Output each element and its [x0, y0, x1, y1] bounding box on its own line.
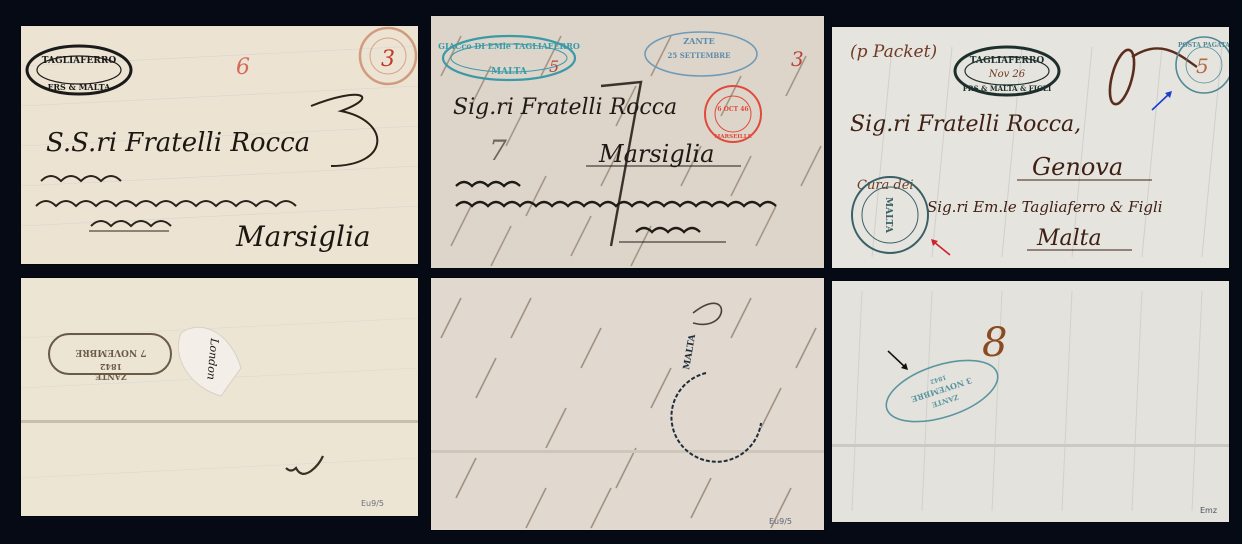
sender-cachet-date: Nov 26: [988, 69, 1026, 80]
destination: Marsiglia: [235, 220, 371, 253]
route-note: (p Packet): [850, 42, 937, 62]
pencil-note: Eu9/5: [361, 499, 384, 508]
address-line1: Sig.ri Fratelli Rocca,: [850, 112, 1081, 137]
back-postmark-text: MALTA: [682, 333, 698, 371]
care-of-place: Malta: [1036, 226, 1102, 251]
postmark-rate: 3: [381, 47, 395, 72]
black-arrow-icon: [888, 351, 908, 370]
care-of-name: Sig.ri Em.le Tagliaferro & Figli: [927, 198, 1163, 216]
letter-1-back: 1842 7 NOVEMBRE ZANTE London Eu9/5: [21, 278, 418, 516]
zante-stamp-line1: ZANTE: [683, 36, 714, 46]
sender-cachet-line2: MALTA: [491, 67, 528, 77]
sender-cachet-line1: TAGLIAFERRO: [42, 56, 117, 66]
circular-stamp-text: MALTA: [883, 197, 893, 234]
letter-1-back-artwork: 1842 7 NOVEMBRE ZANTE London Eu9/5: [21, 278, 418, 516]
pencil-note: Emz: [1200, 506, 1217, 515]
destination: Genova: [1032, 153, 1123, 181]
sender-cachet-line1: TAGLIAFERRO: [970, 56, 1045, 66]
zante-stamp-line2: 25 SETTEMBRE: [668, 51, 731, 60]
sender-cachet-line2: FRS & MALTA & FIGLI: [963, 84, 1051, 93]
letter-1-front: TAGLIAFERRO FRS & MALTA 6 3 S.S.ri Frate…: [21, 26, 418, 264]
address-line1: Sig.ri Fratelli Rocca: [453, 95, 677, 120]
posta-pagata-text: POSTA PAGATA: [1178, 42, 1229, 49]
letter-2-back-artwork: MALTA Eu9/5: [431, 278, 824, 530]
red-postmark-date: 6 OCT 46: [717, 106, 748, 113]
sender-cachet-line1: GIACco DI EMle TAGLIAFERRO: [438, 41, 580, 51]
letter-3-back: ZANTE 3 NOVEMBRE 1842 8 Emz: [832, 281, 1229, 522]
zante-stamp-line1: ZANTE: [95, 372, 126, 382]
letter-1-front-artwork: TAGLIAFERRO FRS & MALTA 6 3 S.S.ri Frate…: [21, 26, 418, 264]
red-rate-mark: 6: [236, 55, 250, 80]
letter-2-front-artwork: GIACco DI EMle TAGLIAFERRO MALTA 5 ZANTE…: [431, 16, 824, 268]
zante-stamp-line3: 1842: [929, 373, 947, 385]
pencil-note: Eu9/5: [769, 517, 792, 526]
letter-2-front: GIACco DI EMle TAGLIAFERRO MALTA 5 ZANTE…: [431, 16, 824, 268]
sender-cachet-line2: FRS & MALTA: [48, 82, 111, 92]
letter-3-front: (p Packet) TAGLIAFERRO Nov 26 FRS & MALT…: [832, 27, 1229, 268]
letter-3-front-artwork: (p Packet) TAGLIAFERRO Nov 26 FRS & MALT…: [832, 27, 1229, 268]
red-rate-right: 3: [791, 47, 804, 71]
zante-stamp-line3: 1842: [100, 362, 122, 372]
blue-arrow-icon: [1152, 91, 1172, 110]
red-rate-mark: 5: [549, 57, 559, 76]
brown-rate-mark: 8: [982, 320, 1007, 366]
zante-stamp-line2: 7 NOVEMBRE: [75, 347, 146, 357]
postmark-rate: 5: [1196, 54, 1209, 78]
red-arrow-icon: [931, 239, 950, 255]
black-rate-mark: 7: [489, 134, 507, 167]
red-postmark-place: MARSEILLE: [714, 134, 752, 140]
destination: Marsiglia: [598, 140, 714, 168]
address-line1: S.S.ri Fratelli Rocca: [46, 128, 310, 158]
letter-3-back-artwork: ZANTE 3 NOVEMBRE 1842 8 Emz: [832, 281, 1229, 522]
letter-2-back: MALTA Eu9/5: [431, 278, 824, 530]
